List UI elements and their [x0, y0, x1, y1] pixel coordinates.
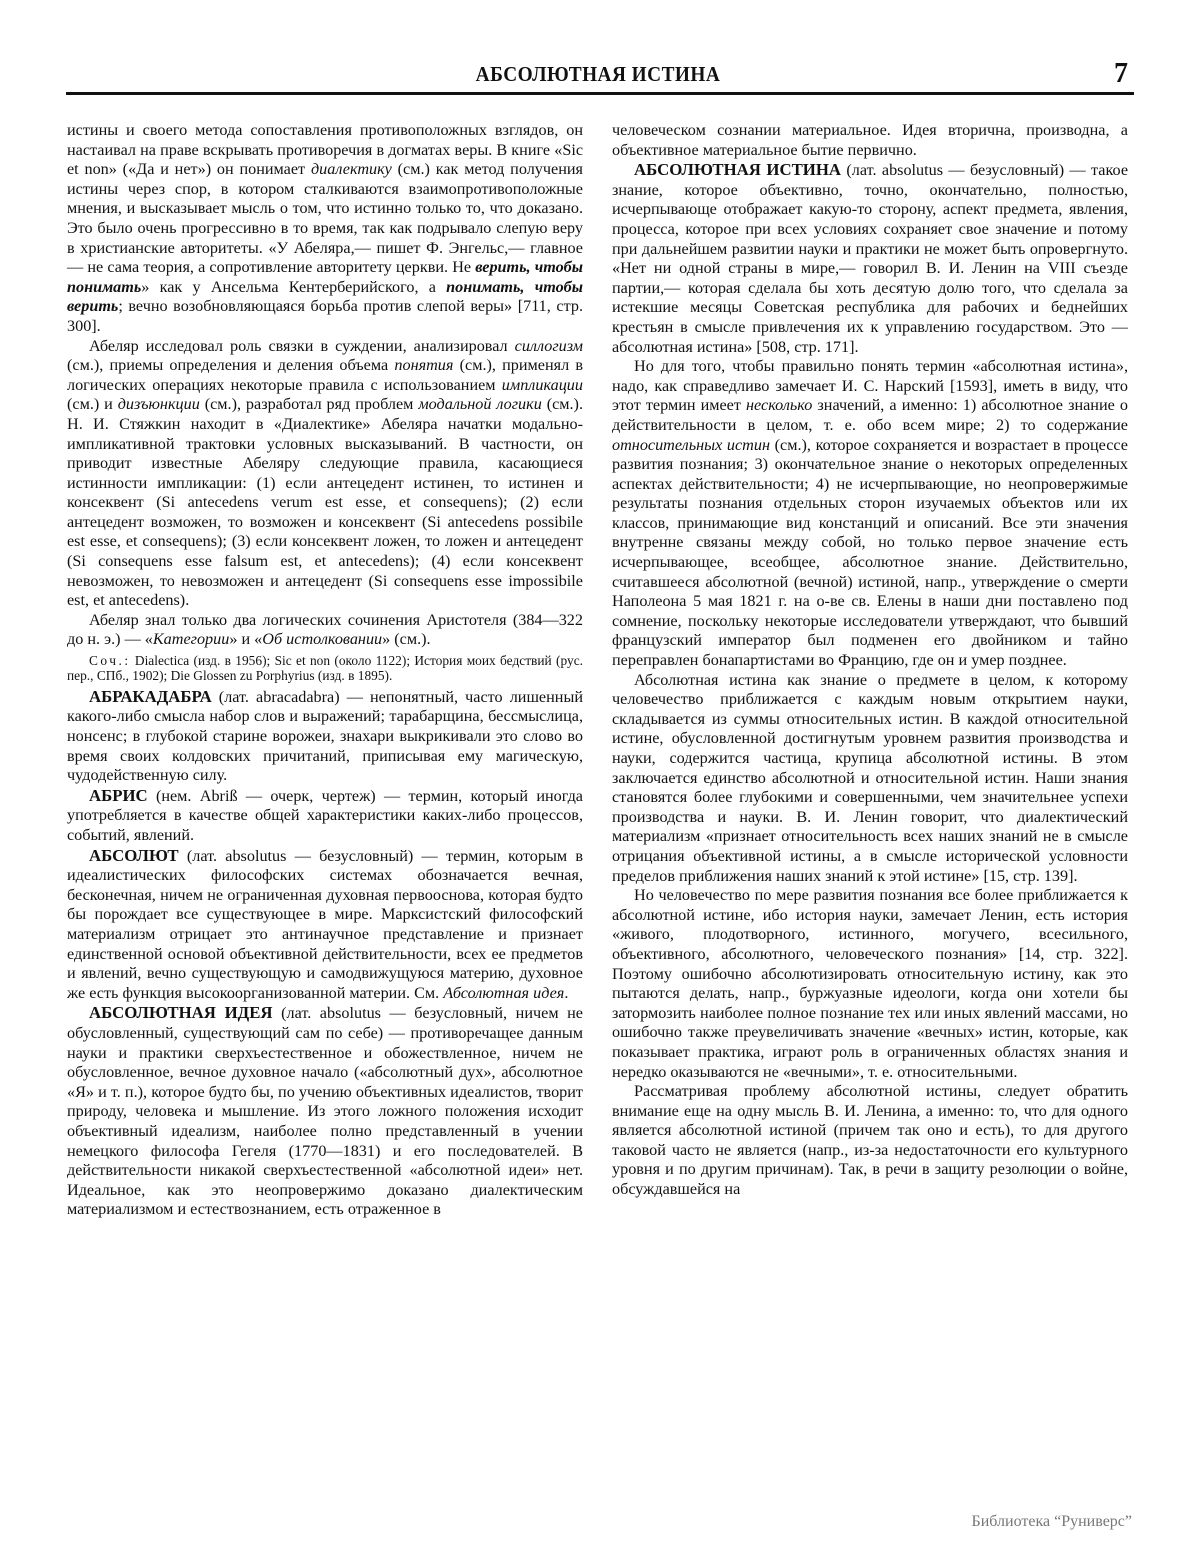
crossref-interpretation: Об истолковании	[262, 630, 382, 648]
entry-absolut: АБСОЛЮТ (лат. absolutus — безусловный) —…	[67, 846, 583, 1004]
works-label: Соч.:	[89, 653, 131, 668]
paragraph-lenin-thought: Рассматривая проблему абсолютной истины,…	[612, 1082, 1128, 1200]
entry-abracadabra: АБРАКАДАБРА (лат. abracadabra) — непонят…	[67, 687, 583, 786]
crossref-relative-truths: относительных истин	[612, 436, 770, 454]
entry-absolute-truth: АБСОЛЮТНАЯ ИСТИНА (лат. absolutus — безу…	[612, 160, 1128, 357]
crossref-implication: импликации	[502, 376, 583, 394]
right-column: человеческом сознании материальное. Идея…	[612, 121, 1128, 1200]
paragraph-approach: Но человечество по мере развития познани…	[612, 886, 1128, 1082]
works-list: Соч.: Dialectica (изд. в 1956); Sic et n…	[67, 653, 583, 684]
crossref-categories: Категории	[153, 630, 229, 648]
entry-term: АБСОЛЮТ	[89, 846, 179, 865]
entry-absolute-idea: АБСОЛЮТНАЯ ИДЕЯ (лат. absolutus — безусл…	[67, 1003, 583, 1220]
entry-term: АБСОЛЮТНАЯ ИДЕЯ	[89, 1003, 273, 1022]
header-rule	[66, 92, 1134, 95]
crossref-absolute-idea: Абсолютная идея	[443, 984, 564, 1002]
entry-term: АБСОЛЮТНАЯ ИСТИНА	[634, 160, 841, 179]
crossref-disjunction: дизъюнкции	[118, 395, 200, 413]
running-header: АБСОЛЮТНАЯ ИСТИНА 7	[64, 58, 1132, 92]
paragraph-abelard-aristotle: Абеляр знал только два логических сочине…	[67, 611, 583, 650]
entry-term: АБРИС	[89, 786, 148, 805]
paragraph-meanings: Но для того, чтобы правильно понять терм…	[612, 357, 1128, 671]
paragraph-abelard-method: истины и своего метода сопоставления про…	[67, 121, 583, 337]
crossref-syllogism: силлогизм	[515, 337, 583, 355]
entry-term: АБРАКАДАБРА	[89, 687, 212, 706]
emphasis-several: несколько	[746, 396, 812, 414]
library-watermark: Библиотека “Руниверс”	[972, 1513, 1132, 1531]
paragraph-idea-continuation: человеческом сознании материальное. Идея…	[612, 121, 1128, 160]
page-number: 7	[1114, 58, 1128, 90]
paragraph-abelard-logic: Абеляр исследовал роль связки в суждении…	[67, 337, 583, 611]
crossref-concept: понятия	[394, 356, 453, 374]
crossref-modal-logic: модальной логики	[418, 395, 541, 413]
entry-abris: АБРИС (нем. Abriß — очерк, чертеж) — тер…	[67, 786, 583, 846]
left-column: истины и своего метода сопоставления про…	[67, 121, 583, 1220]
running-title: АБСОЛЮТНАЯ ИСТИНА	[107, 62, 1090, 87]
paragraph-unity: Абсолютная истина как знание о предмете …	[612, 671, 1128, 887]
crossref-dialectics: диалектику	[311, 160, 392, 178]
